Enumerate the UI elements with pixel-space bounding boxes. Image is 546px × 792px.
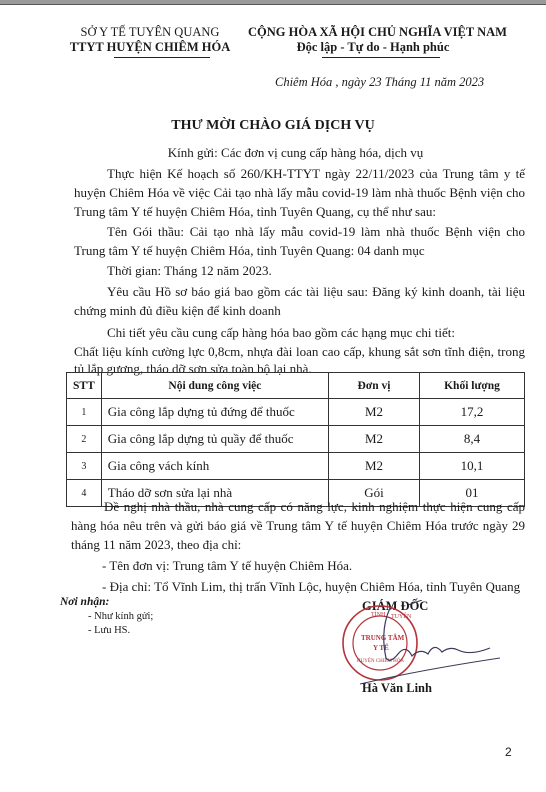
row-unit: M2 bbox=[329, 399, 420, 426]
page-number: 2 bbox=[505, 745, 512, 759]
header-quantity: Khối lượng bbox=[420, 373, 525, 399]
recipient-item: - Như kính gửi; bbox=[88, 611, 153, 622]
header-unit: Đơn vị bbox=[329, 373, 420, 399]
recipients-title: Nơi nhận: bbox=[60, 596, 109, 608]
motto-underline bbox=[322, 57, 440, 58]
agency-underline bbox=[114, 57, 210, 58]
row-quantity: 17,2 bbox=[420, 399, 525, 426]
national-header: CỘNG HÒA XÃ HỘI CHỦ NGHĨA VIỆT NAM Độc l… bbox=[248, 25, 498, 58]
table-row: 1 Gia công lắp dựng tủ đứng để thuốc M2 … bbox=[67, 399, 525, 426]
header-stt: STT bbox=[67, 373, 102, 399]
row-quantity: 8,4 bbox=[420, 426, 525, 453]
unit-name-line: - Tên đơn vị: Trung tâm Y tế huyện Chiêm… bbox=[102, 556, 522, 575]
signer-name: Hà Văn Linh bbox=[362, 681, 432, 696]
recipient-item: - Lưu HS. bbox=[88, 625, 130, 636]
table-row: 3 Gia công vách kính M2 10,1 bbox=[67, 453, 525, 480]
viewer-top-bar bbox=[0, 0, 546, 5]
document-title: THƯ MỜI CHÀO GIÁ DỊCH VỤ bbox=[0, 118, 546, 134]
issuing-agency: TTYT HUYỆN CHIÊM HÓA bbox=[60, 40, 240, 55]
paragraph-request: Đề nghị nhà thầu, nhà cung cấp có năng l… bbox=[71, 497, 525, 554]
paragraph-detail-intro: Chi tiết yêu cầu cung cấp hàng hóa bao g… bbox=[74, 323, 525, 342]
agency-header: SỞ Y TẾ TUYÊN QUANG TTYT HUYỆN CHIÊM HÓA bbox=[60, 25, 240, 58]
document-date: Chiêm Hóa , ngày 23 Tháng 11 năm 2023 bbox=[275, 75, 484, 90]
paragraph-plan: Thực hiện Kế hoạch số 260/KH-TTYT ngày 2… bbox=[74, 164, 525, 221]
row-quantity: 10,1 bbox=[420, 453, 525, 480]
table-row: 2 Gia công lắp dựng tủ quầy để thuốc M2 … bbox=[67, 426, 525, 453]
parent-agency: SỞ Y TẾ TUYÊN QUANG bbox=[60, 25, 240, 40]
row-content: Gia công vách kính bbox=[101, 453, 328, 480]
paragraph-time: Thời gian: Tháng 12 năm 2023. bbox=[74, 261, 525, 280]
row-stt: 3 bbox=[67, 453, 102, 480]
national-motto: Độc lập - Tự do - Hạnh phúc bbox=[248, 40, 498, 55]
address-line: - Địa chỉ: Tổ Vĩnh Lim, thị trấn Vĩnh Lộ… bbox=[102, 577, 532, 596]
work-items-table: STT Nội dung công việc Đơn vị Khối lượng… bbox=[66, 372, 525, 507]
row-unit: M2 bbox=[329, 453, 420, 480]
row-stt: 1 bbox=[67, 399, 102, 426]
paragraph-package: Tên Gói thầu: Cải tạo nhà lấy mẫu covid-… bbox=[74, 222, 525, 260]
row-stt: 2 bbox=[67, 426, 102, 453]
signature-scribble-icon bbox=[350, 600, 500, 690]
recipient-line: Kính gửi: Các đơn vị cung cấp hàng hóa, … bbox=[66, 143, 525, 162]
row-content: Gia công lắp dựng tủ đứng để thuốc bbox=[101, 399, 328, 426]
row-content: Gia công lắp dựng tủ quầy để thuốc bbox=[101, 426, 328, 453]
table-header-row: STT Nội dung công việc Đơn vị Khối lượng bbox=[67, 373, 525, 399]
row-unit: M2 bbox=[329, 426, 420, 453]
national-title: CỘNG HÒA XÃ HỘI CHỦ NGHĨA VIỆT NAM bbox=[248, 25, 498, 40]
header-content: Nội dung công việc bbox=[101, 373, 328, 399]
paragraph-requirements: Yêu cầu Hồ sơ báo giá bao gồm các tài li… bbox=[74, 282, 525, 320]
